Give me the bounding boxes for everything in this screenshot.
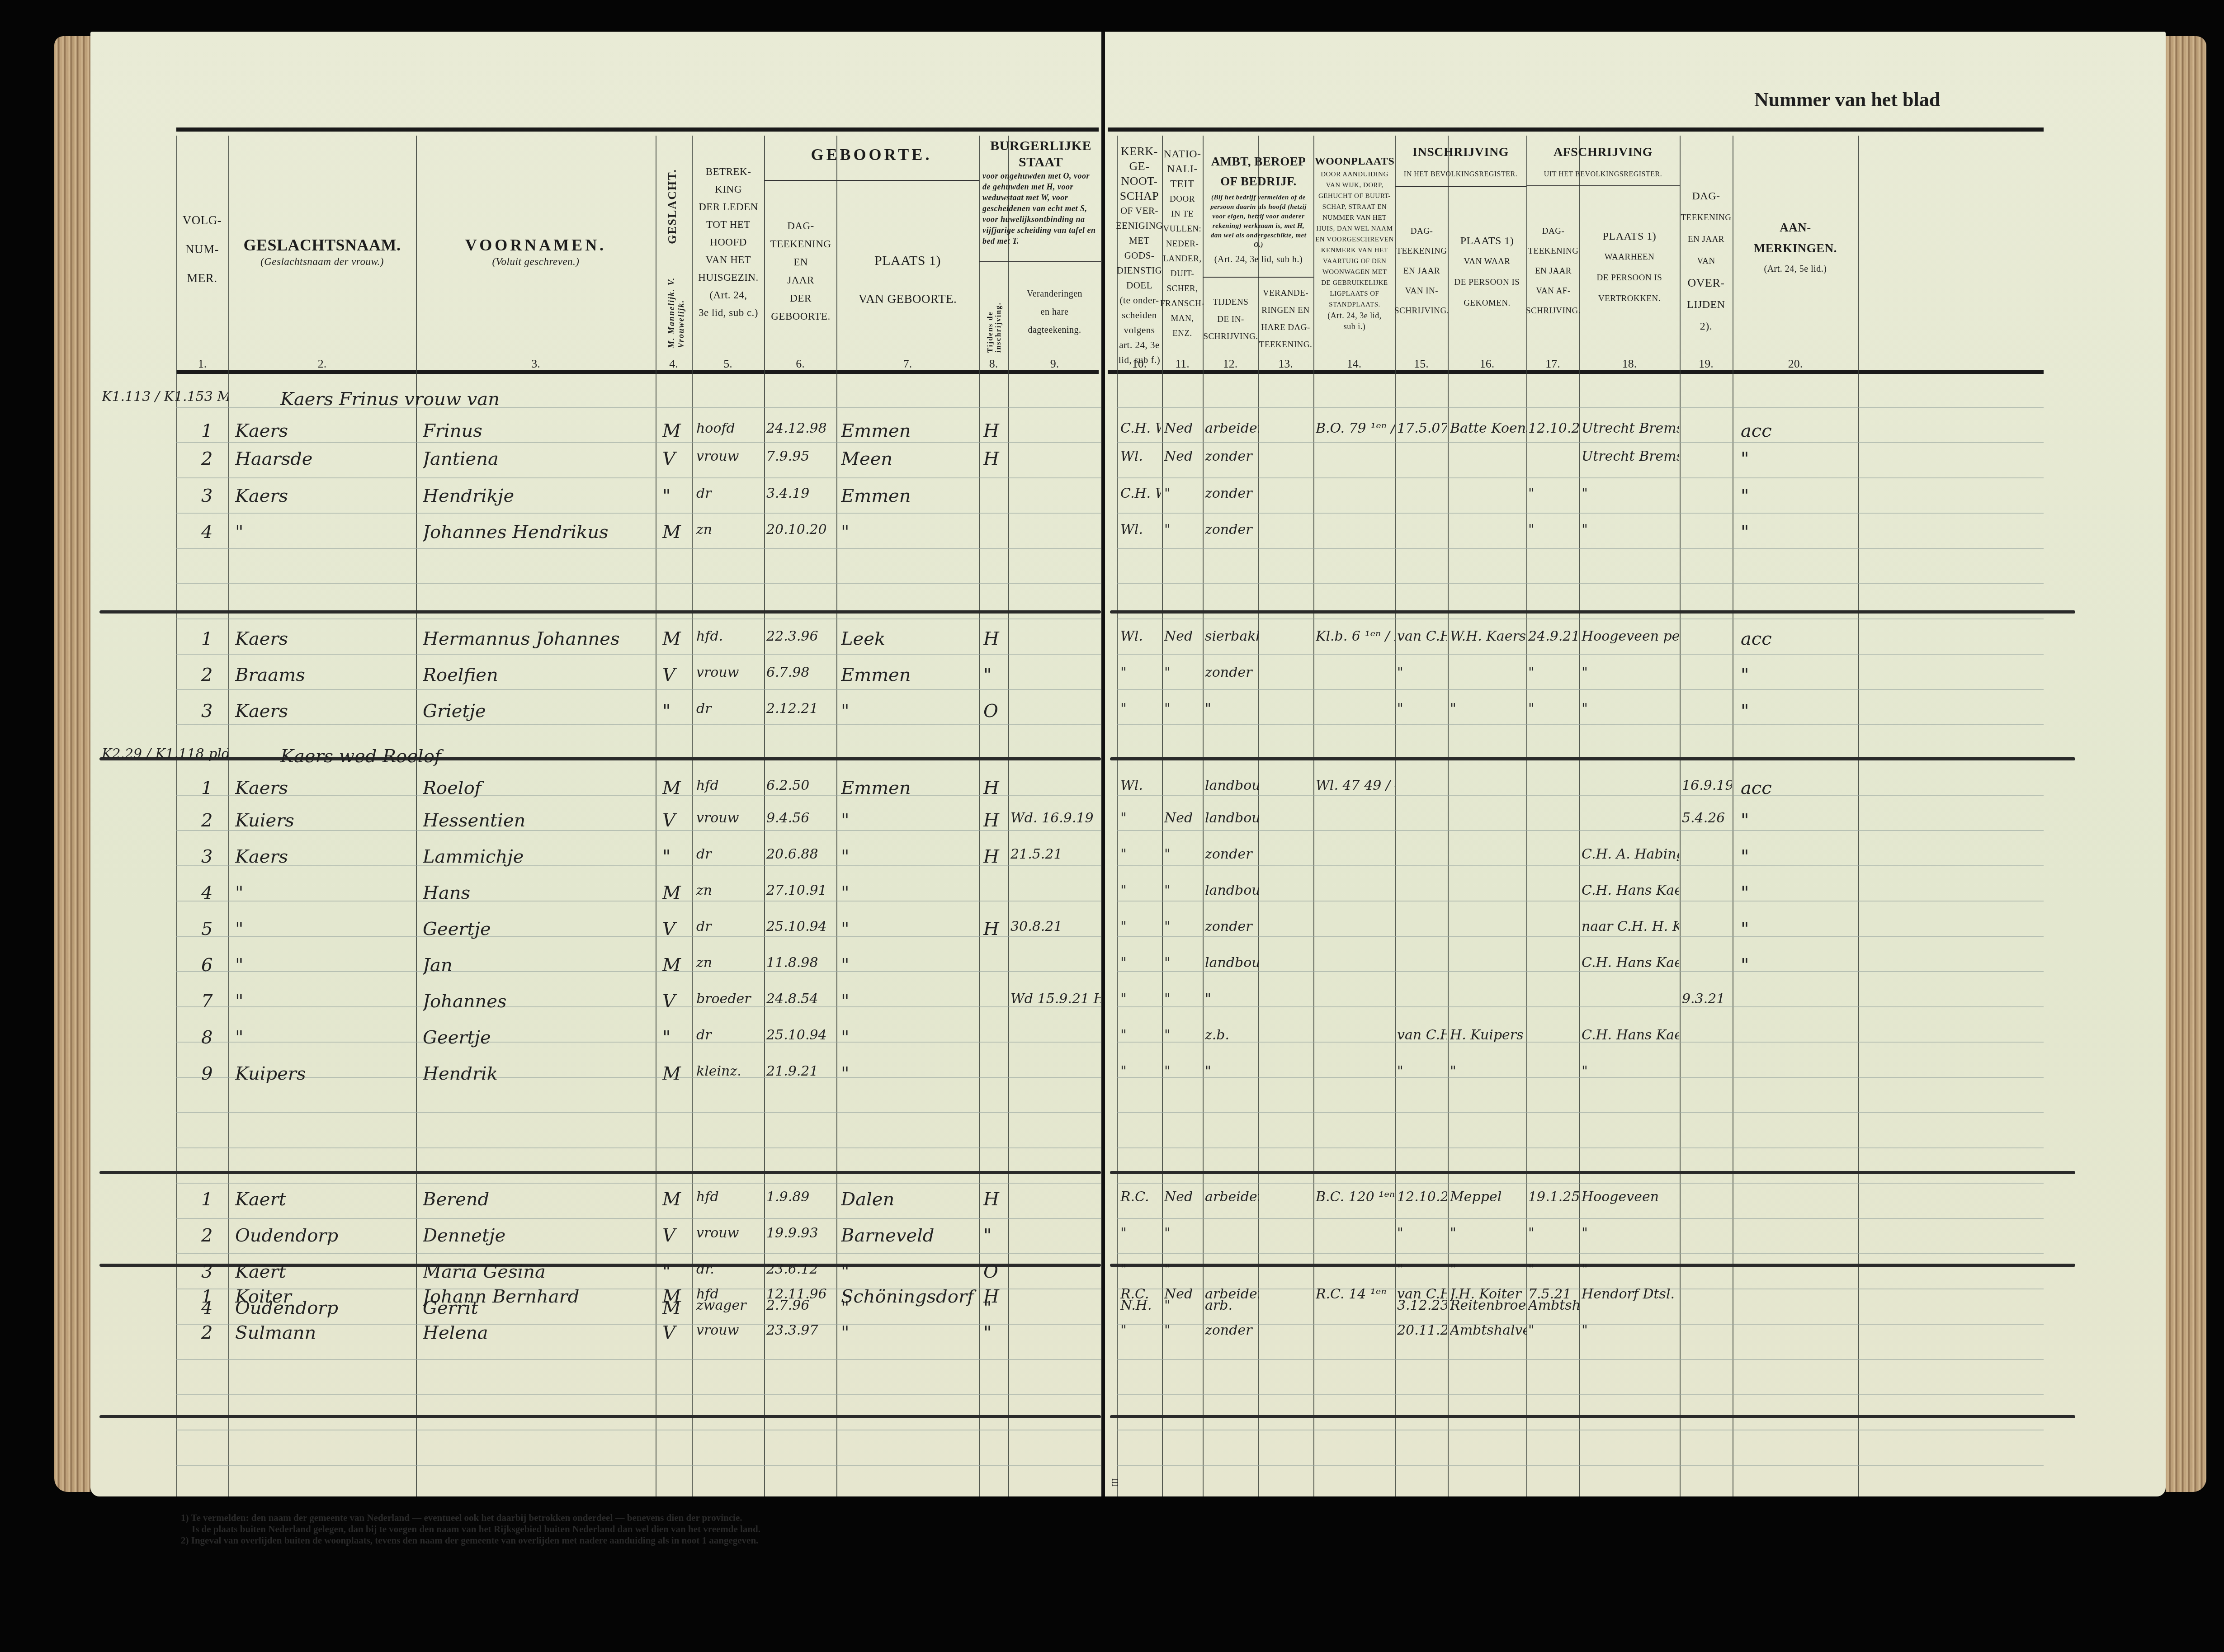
col4-header: GESLACHT. bbox=[666, 154, 679, 244]
entry-surname: Koiter bbox=[235, 1286, 414, 1307]
right-page-edge bbox=[2166, 36, 2206, 1492]
sheet-number-label: Nummer van het blad bbox=[1754, 88, 1940, 111]
entry-nationality: " bbox=[1164, 486, 1203, 501]
entry-registration-from: W.H. Kaers / G. Braams bbox=[1450, 628, 1527, 644]
entry-relation: dr. bbox=[696, 1261, 764, 1277]
entry-number: 6 bbox=[201, 955, 224, 976]
header-text: STAAT bbox=[1019, 154, 1063, 170]
header-text: TIJDENS bbox=[1213, 294, 1248, 311]
header-text: (Art. 24, 5e lid.) bbox=[1764, 259, 1827, 279]
col4-subheader: M. Mannelijk. V. Vrouwelijk. bbox=[667, 253, 686, 348]
header-text: GEBOORTE. bbox=[811, 145, 932, 165]
header-text: JAAR bbox=[787, 271, 814, 289]
entry-birth-place: Emmen bbox=[841, 486, 977, 506]
entry-nationality: " bbox=[1164, 1261, 1203, 1277]
entry-birth-place: " bbox=[841, 955, 977, 976]
header-text: MAN, ENZ. bbox=[1162, 311, 1203, 341]
entry-civil-status: H bbox=[983, 448, 1006, 469]
header-text: TEEKENING bbox=[770, 235, 831, 253]
header-text: UIT HET BEVOLKINGSREGISTER. bbox=[1544, 167, 1662, 182]
header-text: VULLEN: bbox=[1163, 222, 1202, 236]
entry-remarks: " bbox=[1741, 919, 1854, 939]
entry-birth-date: 20.10.20 bbox=[766, 522, 836, 538]
entry-surname: " bbox=[235, 1027, 414, 1048]
header-text: NEDER- bbox=[1166, 236, 1199, 251]
household-separator bbox=[99, 1415, 1101, 1418]
entry-registration-from: Meppel bbox=[1450, 1189, 1527, 1205]
entry-registration-from: " bbox=[1450, 1261, 1527, 1277]
header-text: TEEKENING. bbox=[1259, 336, 1312, 354]
entry-relation: hfd bbox=[696, 1286, 764, 1302]
group-rule bbox=[1395, 186, 1526, 187]
entry-sex: " bbox=[662, 486, 689, 506]
entry-nationality: " bbox=[1164, 846, 1203, 862]
column-rule bbox=[836, 136, 837, 1496]
footnote-2: 2) Ingeval van overlijden buiten de woon… bbox=[181, 1535, 841, 1546]
col16-header: PLAATS 1)VAN WAARDE PERSOON ISGEKOMEN. bbox=[1448, 231, 1526, 314]
entry-nationality: Ned bbox=[1164, 1286, 1203, 1302]
column-rule bbox=[1313, 136, 1314, 1496]
entry-deregistration-to: C.H. A. Habing bbox=[1582, 846, 1679, 862]
ruled-line bbox=[176, 1394, 1101, 1395]
entry-civil-status: H bbox=[983, 810, 1006, 831]
column-number: 2. bbox=[228, 357, 416, 371]
household-separator bbox=[1110, 610, 2075, 614]
col1-header: VOLG- NUM- MER. bbox=[177, 212, 227, 286]
column-number: 8. bbox=[979, 357, 1008, 371]
header-text: VAN AF- bbox=[1536, 281, 1571, 301]
header-text: scheiden bbox=[1122, 308, 1157, 323]
entry-birth-date: 2.12.21 bbox=[766, 701, 836, 717]
entry-civil-status: " bbox=[983, 665, 1006, 685]
ruled-line bbox=[176, 724, 1101, 725]
entry-surname: Kaers bbox=[235, 778, 414, 798]
header-text: IN TE bbox=[1171, 207, 1194, 222]
entry-surname: Oudendorp bbox=[235, 1225, 414, 1246]
group-rule bbox=[764, 180, 979, 181]
entry-surname: Kaert bbox=[235, 1189, 414, 1210]
entry-birth-place: " bbox=[841, 810, 977, 831]
entry-remarks: " bbox=[1741, 883, 1854, 903]
ruled-line bbox=[1117, 830, 2044, 831]
entry-birth-place: Emmen bbox=[841, 420, 977, 441]
entry-given-names: Johannes bbox=[423, 991, 653, 1012]
entry-church: " bbox=[1120, 810, 1161, 826]
entry-given-names: Geertje bbox=[423, 1027, 653, 1048]
column-number: 16. bbox=[1448, 357, 1526, 371]
entry-church: " bbox=[1120, 846, 1161, 862]
header-text: SCHAP bbox=[1120, 189, 1159, 203]
header-text: (Bij het bedrijf vermelden of de persoon… bbox=[1204, 191, 1313, 252]
entry-sex: " bbox=[662, 701, 689, 722]
entry-sex: M bbox=[662, 955, 689, 976]
column-rule bbox=[692, 136, 693, 1496]
header-text: BETREK- bbox=[706, 163, 751, 180]
column-number: 13. bbox=[1258, 357, 1313, 371]
entry-occupation: zonder bbox=[1205, 1322, 1259, 1338]
entry-surname: " bbox=[235, 919, 414, 939]
afschrijving-group-header: AFSCHRIJVING UIT HET BEVOLKINGSREGISTER. bbox=[1526, 142, 1680, 182]
entry-nationality: " bbox=[1164, 665, 1203, 680]
entry-surname: " bbox=[235, 991, 414, 1012]
entry-birth-date: 25.10.94 bbox=[766, 1027, 836, 1043]
entry-given-names: Hans bbox=[423, 883, 653, 903]
entry-nationality: Ned bbox=[1164, 628, 1203, 644]
header-text: SCHRIJVING. bbox=[1526, 301, 1581, 321]
entry-registration-from: " bbox=[1450, 1225, 1527, 1241]
col18-header: PLAATS 1)WAARHEENDE PERSOON ISVERTROKKEN… bbox=[1579, 226, 1680, 309]
entry-birth-date: 11.8.98 bbox=[766, 955, 836, 971]
column-number: 5. bbox=[692, 357, 764, 371]
entry-birth-place: " bbox=[841, 701, 977, 722]
entry-remarks: acc bbox=[1741, 420, 1854, 441]
entry-nationality: " bbox=[1164, 955, 1203, 971]
entry-church: R.C. bbox=[1120, 1189, 1161, 1205]
header-text: sub i.) bbox=[1344, 321, 1366, 332]
column-number: 14. bbox=[1313, 357, 1395, 371]
column-rule bbox=[228, 136, 229, 1496]
ruled-line bbox=[1117, 936, 2044, 937]
entry-civil-status: H bbox=[983, 846, 1006, 867]
entry-deregistration-to: " bbox=[1582, 701, 1679, 717]
header-text: DE IN- bbox=[1217, 311, 1244, 328]
header-text: OF VER- bbox=[1120, 203, 1158, 218]
entry-given-names: Hendrik bbox=[423, 1063, 653, 1084]
entry-nationality: Ned bbox=[1164, 810, 1203, 826]
entry-church: Wl. bbox=[1120, 448, 1161, 464]
entry-occupation: landbouwster bbox=[1205, 810, 1259, 826]
entry-deregistration-date: " bbox=[1528, 1322, 1579, 1338]
entry-birth-date: 19.9.93 bbox=[766, 1225, 836, 1241]
entry-given-names: Hendrikje bbox=[423, 486, 653, 506]
header-text: NALI- bbox=[1167, 162, 1198, 177]
entry-church: " bbox=[1120, 1225, 1161, 1241]
ruled-line bbox=[1117, 1465, 2044, 1466]
entry-birth-place: " bbox=[841, 522, 977, 543]
header-text: EN JAAR bbox=[1403, 261, 1440, 281]
ruled-line bbox=[176, 1465, 1101, 1466]
column-rule bbox=[1395, 136, 1396, 1496]
header-text: TEIT bbox=[1170, 177, 1195, 192]
entry-sex: " bbox=[662, 846, 689, 867]
entry-relation: dr bbox=[696, 486, 764, 501]
entry-birth-date: 9.4.56 bbox=[766, 810, 836, 826]
entry-nationality: " bbox=[1164, 1225, 1203, 1241]
household-head-line: Kaers Frinus vrouw van bbox=[280, 389, 687, 410]
left-page-edge bbox=[54, 36, 90, 1492]
header-text: PLAATS 1) bbox=[1460, 231, 1514, 251]
entry-surname: Kaert bbox=[235, 1261, 414, 1282]
household-separator bbox=[99, 610, 1101, 614]
entry-given-names: Jantiena bbox=[423, 448, 653, 469]
entry-birth-place: " bbox=[841, 1027, 977, 1048]
header-text: EN VOORGESCHREVEN bbox=[1315, 234, 1394, 245]
entry-sex: V bbox=[662, 665, 689, 685]
entry-number: 1 bbox=[201, 1286, 224, 1307]
entry-nationality: " bbox=[1164, 522, 1203, 538]
header-text: BURGERLIJKE bbox=[990, 138, 1091, 154]
footnote-1: 1) Te vermelden: den naam der gemeente v… bbox=[181, 1512, 841, 1524]
entry-number: 7 bbox=[201, 991, 224, 1012]
header-text: (Art. 24, 3e lid, sub h.) bbox=[1214, 252, 1303, 267]
entry-number: 2 bbox=[201, 448, 224, 469]
header-text: TEEKENING bbox=[1681, 207, 1731, 229]
header-text: SCHRIJVING. bbox=[1203, 328, 1258, 345]
header-text: AMBT, BEROEP bbox=[1211, 151, 1306, 171]
entry-birth-place: " bbox=[841, 919, 977, 939]
entry-sex: V bbox=[662, 919, 689, 939]
entry-remarks: " bbox=[1741, 665, 1854, 685]
entry-church: Wl. bbox=[1120, 522, 1161, 538]
entry-church: " bbox=[1120, 883, 1161, 898]
entry-remarks: " bbox=[1741, 486, 1854, 506]
header-text: VAN WIJK, DORP, bbox=[1326, 180, 1384, 191]
header-text: WAARHEEN bbox=[1605, 247, 1655, 268]
book-spine bbox=[1101, 32, 1105, 1496]
entry-deregistration-date: " bbox=[1528, 701, 1579, 717]
entry-deregistration-date: " bbox=[1528, 665, 1579, 680]
entry-deregistration-to: " bbox=[1582, 486, 1679, 501]
header-text: HARE DAG- bbox=[1261, 319, 1310, 336]
entry-given-names: Dennetje bbox=[423, 1225, 653, 1246]
entry-surname: Kuipers bbox=[235, 1063, 414, 1084]
page-marker: III bbox=[1110, 1478, 1119, 1487]
entry-relation: vrouw bbox=[696, 448, 764, 464]
header-text: EN JAAR bbox=[1535, 261, 1572, 281]
ruled-line bbox=[176, 1430, 1101, 1430]
entry-relation: broeder bbox=[696, 991, 764, 1007]
entry-relation: dr bbox=[696, 701, 764, 717]
header-text: WOONPLAATS bbox=[1315, 154, 1395, 169]
ruled-line bbox=[1117, 865, 2044, 866]
header-text: AAN- bbox=[1780, 217, 1811, 238]
entry-sex: V bbox=[662, 1322, 689, 1343]
header-text: HUIS, DAN WEL NAAM bbox=[1317, 223, 1393, 234]
entry-death-date: 5.4.26 bbox=[1682, 810, 1732, 826]
entry-deregistration-date: 7.5.21 bbox=[1528, 1286, 1579, 1302]
col11-header: NATIO-NALI-TEITDOORIN TEVULLEN:NEDER-LAN… bbox=[1162, 147, 1203, 341]
entry-remarks: " bbox=[1741, 846, 1854, 867]
entry-remarks: " bbox=[1741, 955, 1854, 976]
entry-sex: " bbox=[662, 1261, 689, 1282]
entry-birth-place: " bbox=[841, 883, 977, 903]
entry-deregistration-to: " bbox=[1582, 522, 1679, 538]
ruled-line bbox=[176, 689, 1101, 690]
entry-sex: V bbox=[662, 1225, 689, 1246]
header-text: STANDPLAATS. bbox=[1329, 299, 1380, 310]
header-text: GEKOMEN. bbox=[1464, 293, 1511, 314]
entry-birth-place: " bbox=[841, 1063, 977, 1084]
entry-nationality: " bbox=[1164, 701, 1203, 717]
header-text: DAG- bbox=[787, 217, 814, 235]
header-text: (te onder- bbox=[1120, 293, 1159, 308]
entry-residence: B.C. 120 ¹ᵉⁿ / Wo 140 85 ¹ᵉⁿ / R.C. 140 bbox=[1316, 1189, 1395, 1205]
entry-sex: M bbox=[662, 522, 689, 543]
ruled-line bbox=[1117, 407, 2044, 408]
group-rule bbox=[1526, 185, 1680, 186]
entry-sex: V bbox=[662, 448, 689, 469]
entry-church: " bbox=[1120, 701, 1161, 717]
column-rule bbox=[1448, 136, 1449, 1496]
entry-occupation: zonder bbox=[1205, 665, 1259, 680]
entry-relation: hfd bbox=[696, 778, 764, 793]
header-text: EN bbox=[793, 253, 808, 271]
header-text: DER LEDEN bbox=[699, 198, 758, 216]
entry-civil-status: O bbox=[983, 701, 1006, 722]
ruled-line bbox=[1117, 583, 2044, 584]
entry-deregistration-to: " bbox=[1582, 1063, 1679, 1079]
col2-header: GESLACHTSNAAM. (Geslachtsnaam der vrouw.… bbox=[228, 235, 416, 269]
entry-deregistration-date: 12.10.20 / 31.1.21 bbox=[1528, 420, 1579, 436]
header-text: DE GEBRUIKELIJKE bbox=[1321, 278, 1388, 288]
entry-nationality: " bbox=[1164, 1063, 1203, 1079]
entry-occupation: " bbox=[1205, 1063, 1259, 1079]
entry-birth-date: 23.3.97 bbox=[766, 1322, 836, 1338]
entry-birth-place: Schöningsdorf Dtsl. bbox=[841, 1286, 977, 1307]
entry-number: 1 bbox=[201, 1189, 224, 1210]
entry-registration-from: Batte Koens / Odoorn bbox=[1450, 420, 1527, 436]
column-number: 11. bbox=[1162, 357, 1203, 371]
column-number: 1. bbox=[176, 357, 228, 371]
entry-birth-place: " bbox=[841, 991, 977, 1012]
header-text: dagteekening. bbox=[1028, 321, 1081, 339]
entry-surname: Braams bbox=[235, 665, 414, 685]
header-text: (Art. 24, bbox=[709, 286, 747, 304]
ruled-line bbox=[1117, 1253, 2044, 1254]
entry-given-names: Helena bbox=[423, 1322, 653, 1343]
entry-number: 8 bbox=[201, 1027, 224, 1048]
entry-nationality: Ned bbox=[1164, 1189, 1203, 1205]
entry-occupation: arbeider bbox=[1205, 1286, 1259, 1302]
entry-relation: vrouw bbox=[696, 1322, 764, 1338]
household-head-line: Kaers wed Roelof bbox=[280, 746, 687, 767]
column-number: 18. bbox=[1579, 357, 1680, 371]
column-rule bbox=[656, 136, 656, 1496]
ruled-line bbox=[176, 1147, 1101, 1148]
header-text: DAG- bbox=[1542, 222, 1565, 241]
ruled-line bbox=[176, 618, 1101, 619]
entry-surname: Kaers bbox=[235, 628, 414, 649]
ruled-line bbox=[1117, 795, 2044, 796]
column-number: 6. bbox=[764, 357, 836, 371]
entry-occupation: zonder bbox=[1205, 919, 1259, 935]
entry-relation: hfd. bbox=[696, 628, 764, 644]
ruled-line bbox=[1117, 654, 2044, 655]
header-text: PLAATS 1) bbox=[1603, 226, 1657, 247]
header-text: (Voluit geschreven.) bbox=[492, 255, 579, 269]
header-text: VAN HET bbox=[706, 251, 751, 269]
entry-number: 2 bbox=[201, 1225, 224, 1246]
entry-surname: " bbox=[235, 522, 414, 543]
entry-relation: zn bbox=[696, 883, 764, 898]
entry-civil-change: 30.8.21 bbox=[1010, 919, 1101, 935]
header-text: volgens bbox=[1124, 323, 1155, 338]
entry-nationality: Ned bbox=[1164, 420, 1203, 436]
burgerlijke-staat-header: BURGERLIJKE STAAT voor ongehuwden met O,… bbox=[980, 138, 1102, 246]
header-text: GE- bbox=[1129, 159, 1150, 174]
header-text: (Geslachtsnaam der vrouw.) bbox=[260, 255, 384, 269]
entry-surname: " bbox=[235, 955, 414, 976]
entry-number: 2 bbox=[201, 665, 224, 685]
entry-remarks: " bbox=[1741, 701, 1854, 722]
header-text: NUMMER VAN HET bbox=[1322, 212, 1386, 223]
header-text: KERK- bbox=[1121, 144, 1158, 159]
column-number: 19. bbox=[1680, 357, 1733, 371]
entry-birth-place: Barneveld bbox=[841, 1225, 977, 1246]
entry-given-names: Roelof bbox=[423, 778, 653, 798]
column-rule bbox=[1680, 136, 1681, 1496]
col14-header: WOONPLAATSDOOR AANDUIDINGVAN WIJK, DORP,… bbox=[1314, 154, 1395, 332]
header-text: HUISGEZIN. bbox=[698, 269, 758, 286]
header-text: DER bbox=[790, 289, 812, 307]
entry-birth-date: 24.8.54 bbox=[766, 991, 836, 1007]
ruled-line bbox=[176, 1359, 1101, 1360]
header-text: OVER- bbox=[1688, 272, 1725, 294]
entry-registration-from: " bbox=[1450, 1063, 1527, 1079]
entry-registration-date: van C.H. bbox=[1397, 1027, 1447, 1043]
entry-civil-status: O bbox=[983, 1261, 1006, 1282]
ruled-line bbox=[1117, 442, 2044, 443]
entry-number: 1 bbox=[201, 628, 224, 649]
column-rule bbox=[1858, 136, 1859, 1496]
entry-deregistration-to: " bbox=[1582, 1261, 1679, 1277]
footnotes: 1) Te vermelden: den naam der gemeente v… bbox=[181, 1512, 841, 1546]
header-text: EN JAAR bbox=[1688, 229, 1724, 250]
entry-birth-date: 21.9.21 bbox=[766, 1063, 836, 1079]
entry-church: " bbox=[1120, 919, 1161, 935]
entry-deregistration-to: " bbox=[1582, 665, 1679, 680]
header-text: TEEKENING bbox=[1528, 241, 1578, 261]
entry-registration-date: " bbox=[1397, 665, 1447, 680]
header-text: DOOR AANDUIDING bbox=[1321, 169, 1388, 180]
column-number: 10. bbox=[1117, 357, 1162, 371]
entry-deregistration-date: " bbox=[1528, 522, 1579, 538]
entry-surname: Kaers bbox=[235, 420, 414, 441]
entry-registration-from: " bbox=[1450, 701, 1527, 717]
column-number: 12. bbox=[1203, 357, 1258, 371]
entry-birth-place: Leek bbox=[841, 628, 977, 649]
header-text: Veranderingen bbox=[1027, 285, 1082, 303]
entry-residence: Wl. 47 49 / 49 bbox=[1316, 778, 1395, 793]
entry-nationality: " bbox=[1164, 883, 1203, 898]
header-text: GEHUCHT OF BUURT- bbox=[1318, 191, 1391, 202]
entry-nationality: Ned bbox=[1164, 448, 1203, 464]
entry-civil-status: H bbox=[983, 420, 1006, 441]
header-text: 3e lid, sub c.) bbox=[699, 304, 758, 321]
entry-given-names: Jan bbox=[423, 955, 653, 976]
header-text: GESLACHTSNAAM. bbox=[243, 235, 401, 255]
entry-given-names: Lammichje bbox=[423, 846, 653, 867]
ruled-line bbox=[1117, 901, 2044, 902]
col9-header: Veranderingenen haredagteekening. bbox=[1008, 285, 1101, 339]
ruled-line bbox=[1117, 1359, 2044, 1360]
entry-occupation: zonder bbox=[1205, 522, 1259, 538]
entry-given-names: Johannes Hendrikus bbox=[423, 522, 653, 543]
entry-surname: " bbox=[235, 883, 414, 903]
entry-given-names: Maria Gesina bbox=[423, 1261, 653, 1282]
entry-surname: Kaers bbox=[235, 486, 414, 506]
entry-given-names: Grietje bbox=[423, 701, 653, 722]
col13-header: VERANDE-RINGEN ENHARE DAG-TEEKENING. bbox=[1258, 285, 1313, 354]
entry-registration-date: " bbox=[1397, 1063, 1447, 1079]
ruled-line bbox=[1117, 477, 2044, 478]
entry-church: C.H. Wl. bbox=[1120, 486, 1161, 501]
header-text: DE PERSOON IS bbox=[1597, 268, 1662, 288]
entry-occupation: zonder bbox=[1205, 846, 1259, 862]
entry-birth-date: 22.3.96 bbox=[766, 628, 836, 644]
column-rule bbox=[1733, 136, 1733, 1496]
column-rule bbox=[979, 136, 980, 1496]
